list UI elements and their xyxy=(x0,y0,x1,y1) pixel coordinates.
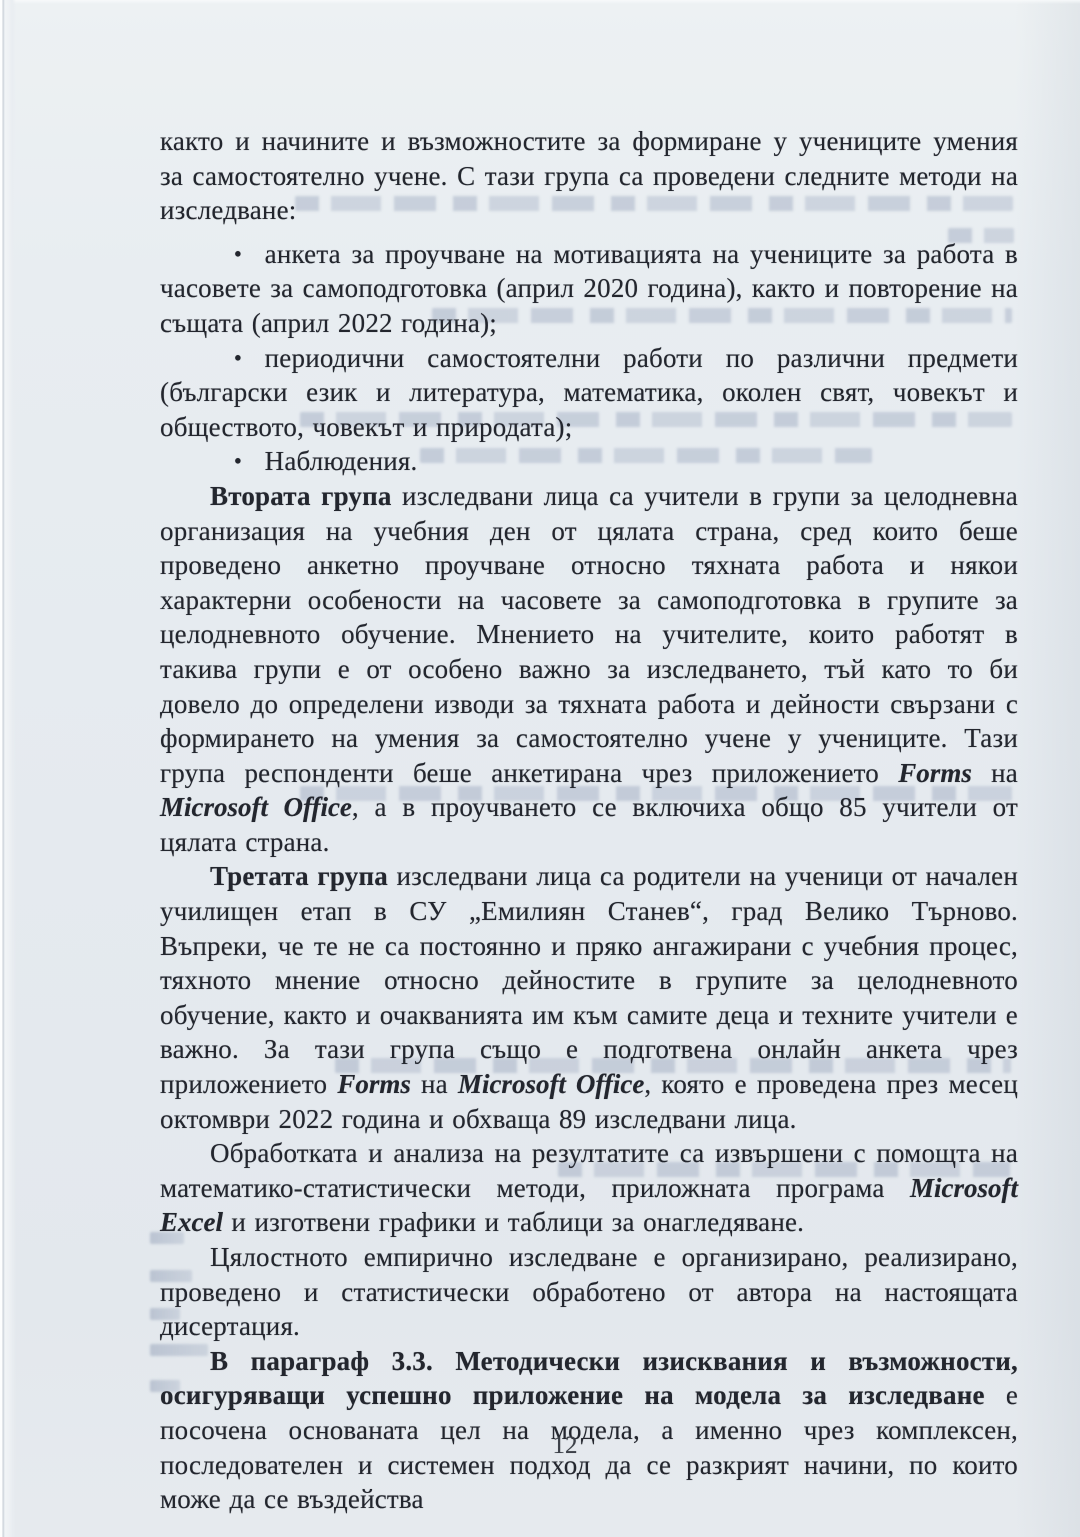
bullet-icon: • xyxy=(202,239,243,268)
text-run: Наблюдения. xyxy=(265,446,418,476)
text-run: и изготвени графики и таблици за онаглед… xyxy=(223,1207,804,1237)
page-text-block: както и начините и възможностите за форм… xyxy=(160,124,1018,1517)
paragraph: както и начините и възможностите за форм… xyxy=(160,124,1018,228)
bullet-item: •анкета за проучване на мотивацията на у… xyxy=(160,237,1018,341)
bullet-item: •периодични самостоятелни работи по разл… xyxy=(160,341,1018,445)
paragraph: Втората група изследвани лица са учители… xyxy=(160,479,1018,860)
text-run: Цялостното емпирично изследване е органи… xyxy=(160,1242,1018,1341)
scan-edge-left xyxy=(0,0,16,1537)
paragraph: Цялостното емпирично изследване е органи… xyxy=(160,1240,1018,1344)
text-run: както и начините и възможностите за форм… xyxy=(160,126,1018,225)
text-run: Microsoft Office xyxy=(160,792,352,822)
text-run: Forms xyxy=(337,1069,411,1099)
text-run: Третата група xyxy=(210,861,388,891)
text-run: периодични самостоятелни работи по разли… xyxy=(160,343,1018,442)
bullet-item: •Наблюдения. xyxy=(160,444,1018,479)
bullet-icon: • xyxy=(202,447,243,476)
paragraph: Третата група изследвани лица са родител… xyxy=(160,859,1018,1136)
text-run: В параграф 3.3. Методически изисквания и… xyxy=(160,1346,1018,1411)
text-run: Обработката и анализа на резултатите са … xyxy=(160,1138,1018,1203)
text-run: на xyxy=(972,758,1018,788)
bullet-icon: • xyxy=(202,343,243,372)
text-run: Втората група xyxy=(210,481,392,511)
text-run: изследвани лица са учители в групи за це… xyxy=(160,481,1018,788)
scan-edge-top xyxy=(0,0,1080,4)
scanned-document-page: както и начините и възможностите за форм… xyxy=(0,0,1080,1537)
text-run: Microsoft Office xyxy=(458,1069,644,1099)
paragraph: В параграф 3.3. Методически изисквания и… xyxy=(160,1344,1018,1517)
text-run: анкета за проучване на мотивацията на уч… xyxy=(160,239,1018,338)
page-number: 12 xyxy=(0,1432,1080,1460)
text-run: Forms xyxy=(898,758,972,788)
text-run: изследвани лица са родители на ученици о… xyxy=(160,861,1018,1099)
text-run: на xyxy=(411,1069,458,1099)
paragraph: Обработката и анализа на резултатите са … xyxy=(160,1136,1018,1240)
